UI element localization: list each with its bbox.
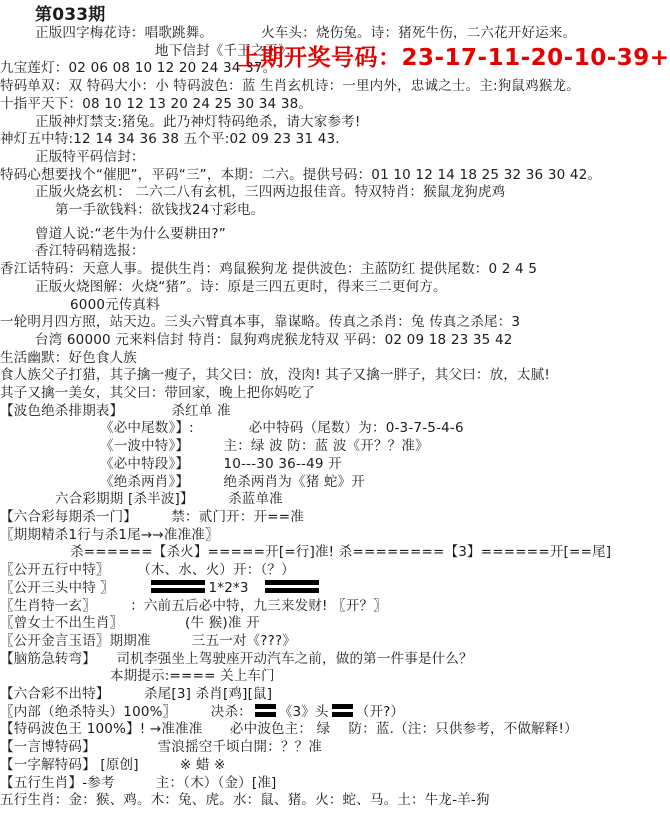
page-title: 第033期 (0, 5, 670, 25)
text-line: 生活幽默：好色食人族 (0, 350, 670, 368)
text-line: 【六合彩每期杀一门】 禁：贰门开：开==准 (0, 509, 670, 527)
text-line: 香江话特码：天意人事。提供生肖：鸡鼠猴狗龙 提供波色：主蓝防红 提供尾数：0 2… (0, 261, 670, 279)
jue-sha-special-line: 〖内部（绝杀特头）100%〗 决杀：《3》头（开?） (0, 704, 670, 722)
text-line: 【脑筋急转弯】 司机李强坐上驾驶座开动汽车之前，做的第一件事是什么？ (0, 651, 670, 669)
text-line: 【五行生肖】-参考 主：（木）（金）[准] (0, 775, 670, 793)
text-segment: 〖公开三头中特 〗 (0, 580, 148, 596)
three-head-special-line: 〖公开三头中特 〗 1*2*3 (0, 580, 670, 598)
text-line: 《绝杀两肖》】 绝杀两肖为《猪 蛇》开 (0, 474, 670, 492)
text-line: 正版神灯禁支:猪兔。此乃神灯特码绝杀，请大家参考! (0, 114, 670, 132)
text-line: 曾道人说:“老牛为什么要耕田?” (0, 226, 670, 244)
text-line: 【一言博特码】 雪浪摇空千顷白開：？？准 (0, 739, 670, 757)
black-bars-glyph (255, 704, 276, 717)
text-line: 台湾 60000 元来料信封 特肖：鼠狗鸡虎猴龙特双 平码：02 09 18 2… (0, 332, 670, 350)
text-line: 《一波中特》】 主：绿 波 防：蓝 波《开？？准》 (0, 438, 670, 456)
text-line: 十指平天下：08 10 12 13 20 24 25 30 34 38。 (0, 96, 670, 114)
text-line: 〖公开五行中特〗 （木、水、火）开：（？） (0, 562, 670, 580)
text-line: 〖期期精杀1行与杀1尾→→准准准〗 (0, 527, 670, 545)
text-line: 第一手欲钱料：欲钱找24寸彩电。 (0, 202, 670, 220)
text-line: 《必中尾数》】: 必中特码（尾数）为：0-3-7-5-4-6 (0, 420, 670, 438)
content-lines: 第033期正版四字梅花诗：唱歌跳舞。 火车头：烧伤兔。诗：猪死牛伤，二六花开好运… (0, 5, 670, 810)
text-line: 【特码波色王 100%】! →准准准 必中波色主： 绿 防：蓝.（注：只供参考，… (0, 721, 670, 739)
black-bars-glyph (151, 580, 205, 593)
text-line: 食人族父子打猎，其子擒一瘦子，其父曰：放，没肉! 其子又擒一胖子，其父曰：放，太… (0, 367, 670, 385)
text-segment: 〖内部（绝杀特头）100%〗 决杀： (0, 704, 252, 720)
text-line: 本期提示:==== 关上车门 (0, 668, 670, 686)
text-segment: 1*2*3 (208, 580, 248, 596)
text-line: 6000元传真料 (0, 297, 670, 315)
text-segment (249, 580, 263, 596)
text-line: 〖生肖特一玄〗 ：六前五后必中特，九三来发财! 〖开？〗 (0, 598, 670, 616)
text-line: 正版火烧玄机： 二六二八有玄机，三四两边报佳音。特双特肖：猴鼠龙狗虎鸡 (0, 184, 670, 202)
text-line: 【六合彩不出特】 杀尾[3] 杀肖[鸡][鼠] (0, 686, 670, 704)
text-line: 六合彩期期 [杀半波]】 杀蓝单准 (0, 491, 670, 509)
text-line: 〖曾女士不出生肖〗 (牛 猴)准 开 (0, 615, 670, 633)
text-line: 《必中特段》】 10---30 36--49 开 (0, 456, 670, 474)
black-bars-glyph (332, 704, 353, 717)
text-line: 其子又擒一美女，其父曰：带回家，晚上把你妈吃了 (0, 385, 670, 403)
black-bars-glyph (265, 580, 319, 593)
text-line: 【一字解特码】 [原创] ※ 蜡 ※ (0, 757, 670, 775)
text-line: 正版特平码信封： (0, 149, 670, 167)
text-line: 特码心想要找个“催肥”，平码“三”，本期：二六。提供号码：01 10 12 14… (0, 167, 670, 185)
text-segment: 《3》头 (279, 704, 329, 720)
text-line: 【波色绝杀排期表】 杀红单 准 (0, 403, 670, 421)
text-line: 特码单双：双 特码大小：小 特码波色：蓝 生肖玄机诗：一里内外，忠诚之士。主:狗… (0, 78, 670, 96)
text-line: 正版火烧图解：火烧“猪”。诗：原是三四五更时，得来三二更何方。 (0, 279, 670, 297)
text-line: 〖公开金言玉语〗期期准 三五一对《???》 (0, 633, 670, 651)
text-line: 一轮明月四方照，站天边。三头六臂真本事，靠谋略。传真之杀肖：兔 传真之杀尾：3 (0, 314, 670, 332)
text-line: 杀======【杀火】=====开[=行]准! 杀========【3】====… (0, 544, 670, 562)
text-line: 五行生肖：金：猴、鸡。木：兔、虎。水：鼠、猪。火：蛇、马。土：牛龙-羊-狗 (0, 792, 670, 810)
lottery-tip-sheet: 第033期正版四字梅花诗：唱歌跳舞。 火车头：烧伤兔。诗：猪死牛伤，二六花开好运… (0, 0, 670, 824)
text-line: 神灯五中特:12 14 34 36 38 五个平:02 09 23 31 43. (0, 131, 670, 149)
text-segment: （开?） (356, 704, 404, 720)
previous-draw-numbers: 上期开奖号码：23-17-11-20-10-39+06 (237, 39, 670, 72)
text-line: 香江特码精选报： (0, 243, 670, 261)
